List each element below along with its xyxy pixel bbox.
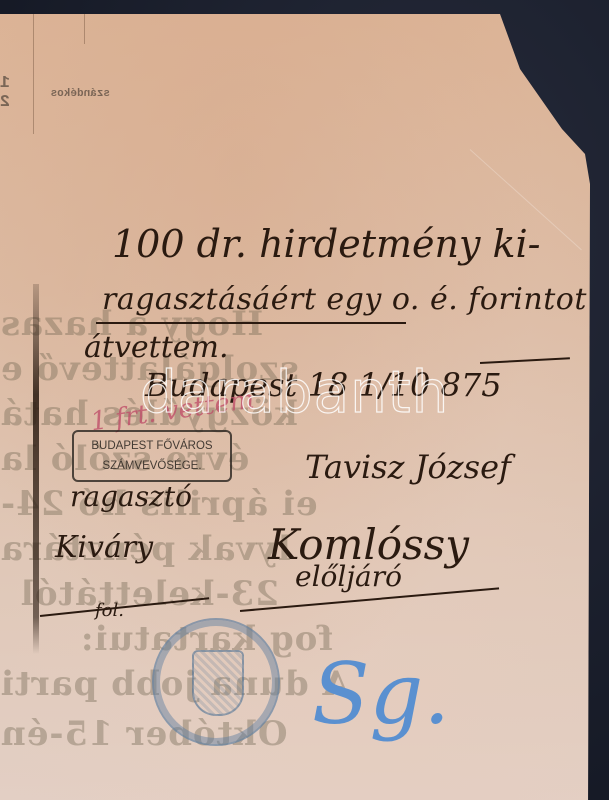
payee-name: Tavisz József [305, 448, 511, 486]
paper-tear [84, 14, 85, 44]
stamp-number: 1876 22861 [0, 74, 10, 112]
handwriting-line-2: ragasztásáért egy o. é. forintot [102, 282, 587, 317]
stamp-line-1: BUDAPEST FŐVÁROS [74, 436, 230, 456]
municipal-seal [152, 618, 280, 746]
handwriting-line-1: 100 dr. hirdetmény ki- [112, 222, 541, 266]
accounting-office-stamp: BUDAPEST FŐVÁROS SZÁMVEVŐSÉGE. [72, 430, 232, 482]
paper-tear [33, 14, 34, 134]
stamp-word: szándékos [51, 88, 110, 100]
watermark: darabanth [140, 358, 449, 426]
bleed-through-line: 23-kelettától [20, 574, 279, 614]
underline [96, 322, 406, 324]
left-signature: Kiváry [55, 530, 153, 565]
left-signature-sub: fol. [95, 600, 124, 621]
main-title: előljáró [295, 560, 402, 593]
blue-pencil-mark: Sg. [312, 645, 450, 743]
payee-title: ragasztó [70, 480, 192, 513]
coat-of-arms-icon [192, 650, 244, 716]
stamp-line-2: SZÁMVEVŐSÉGE. [74, 456, 230, 476]
ink-smear [33, 284, 39, 654]
